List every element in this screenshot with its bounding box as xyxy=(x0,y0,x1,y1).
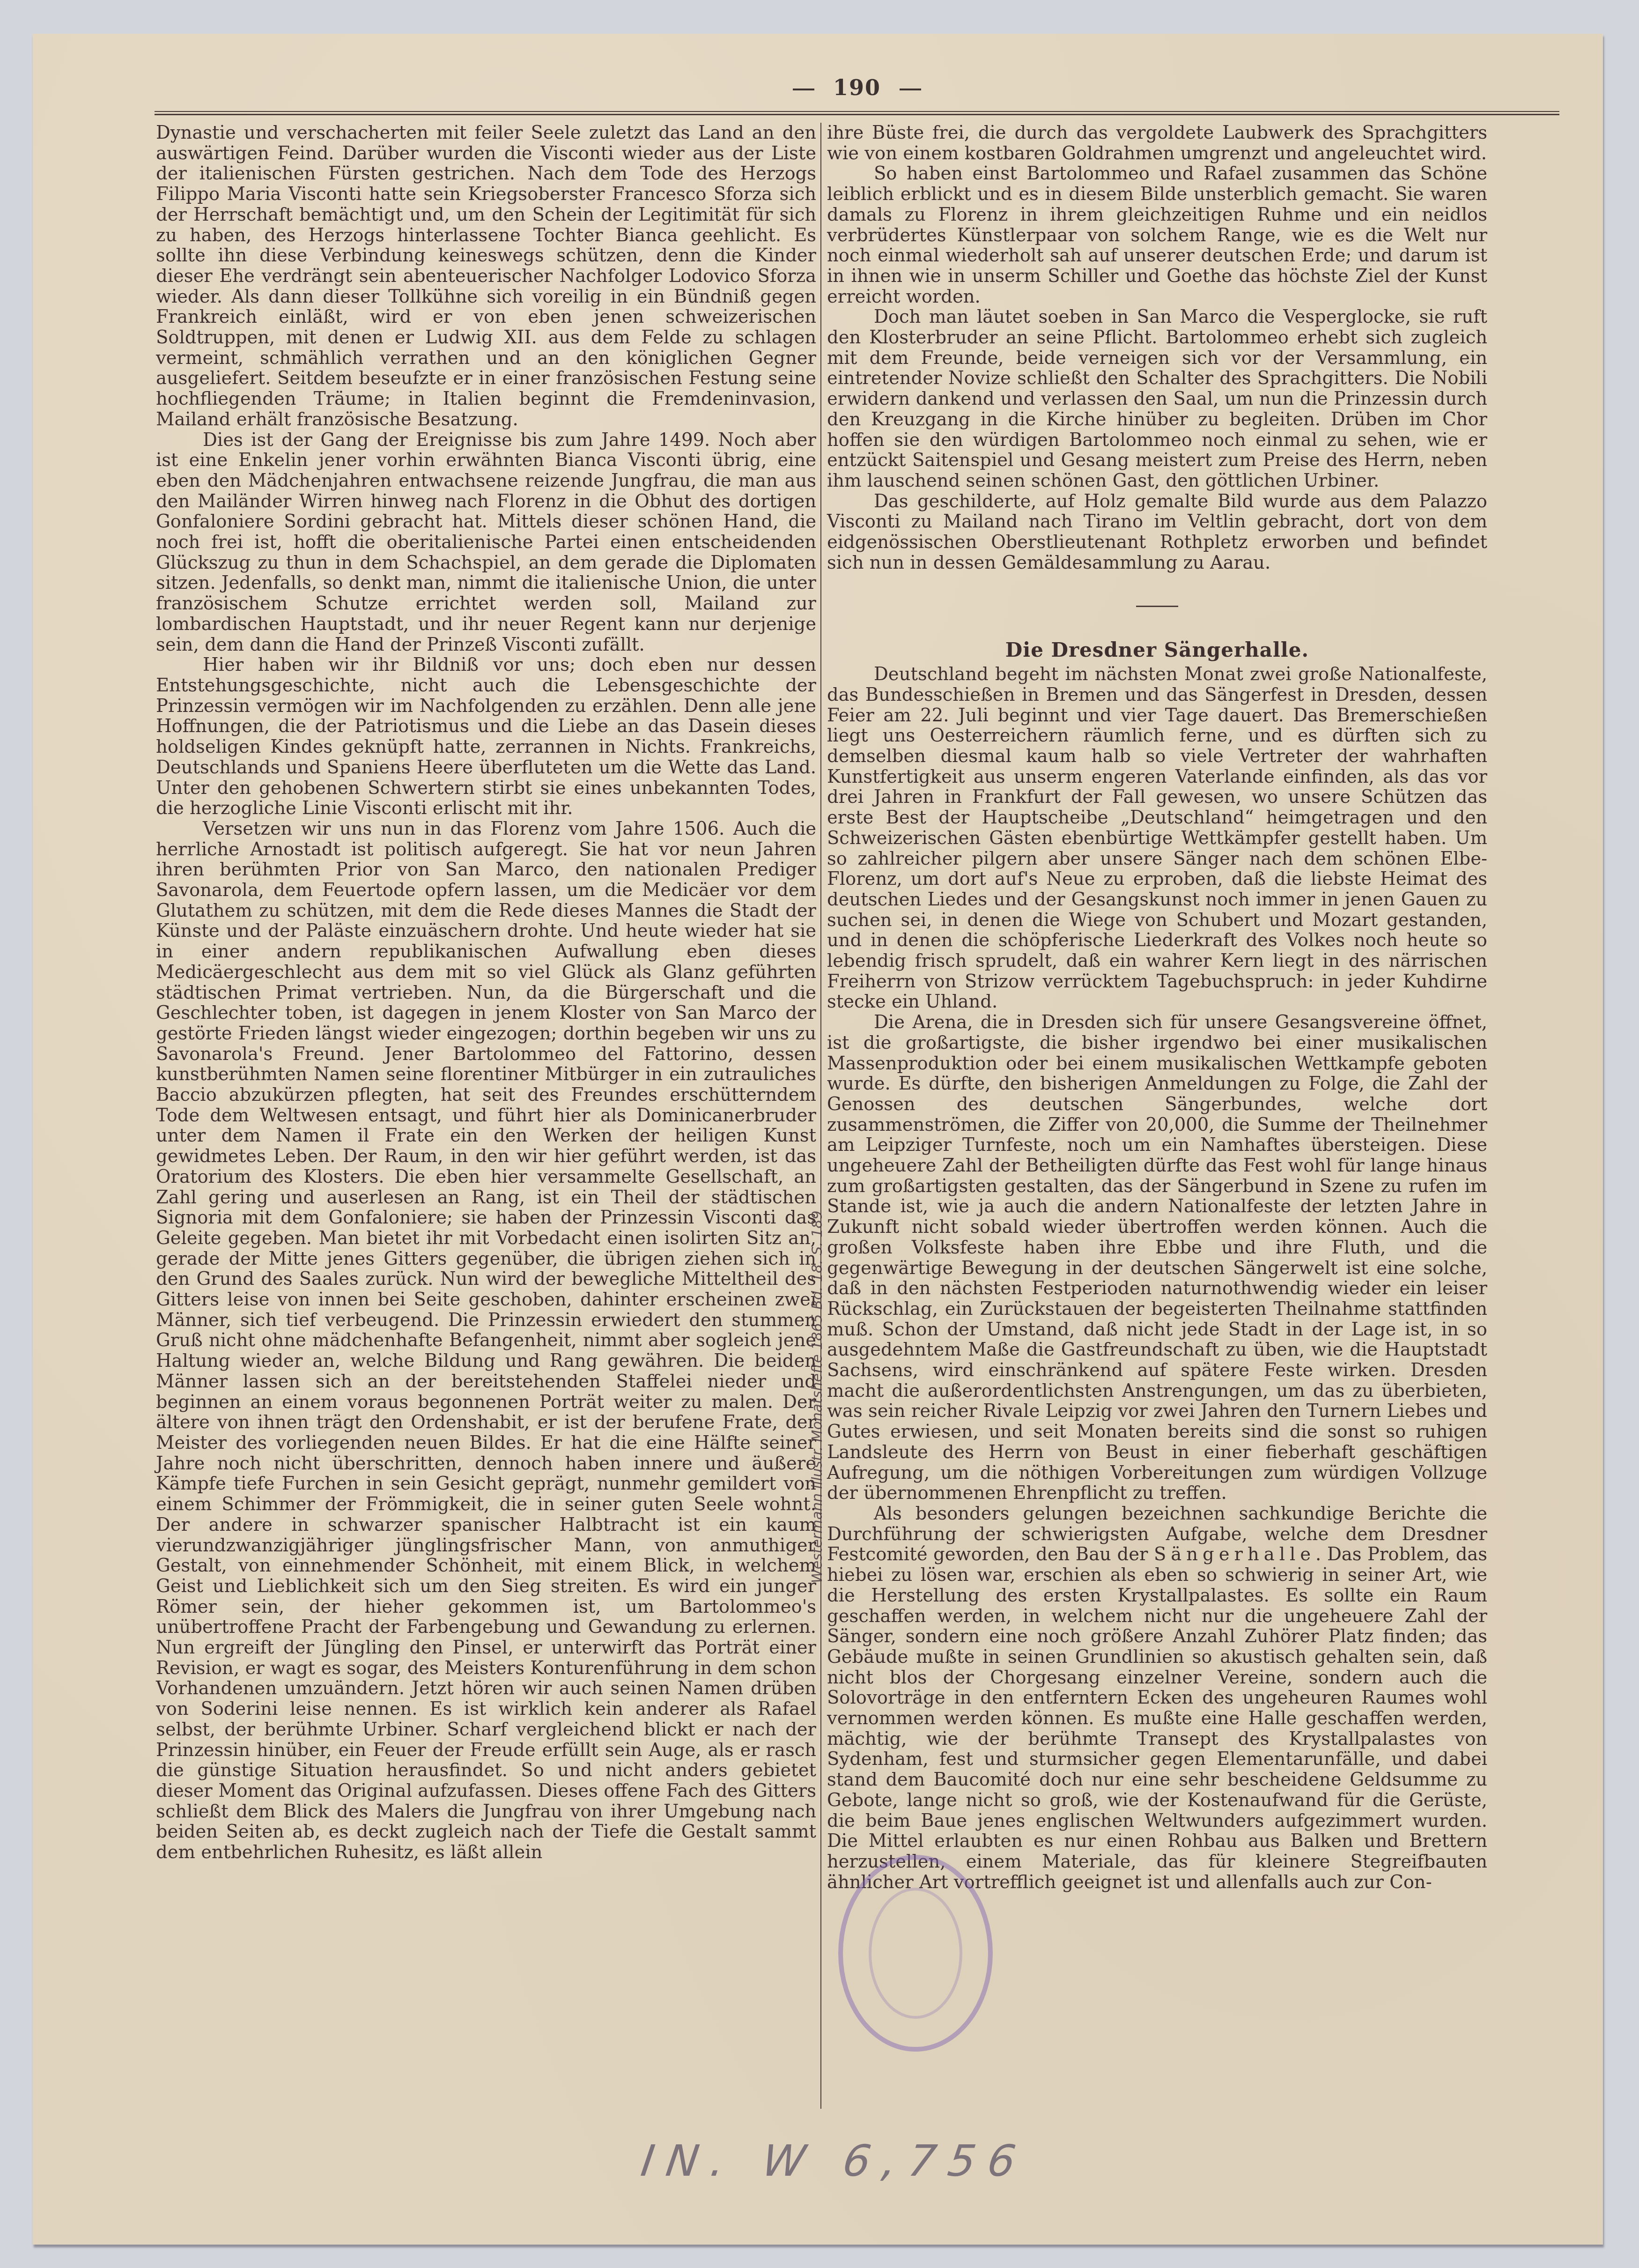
paragraph: Versetzen wir uns nun in das Florenz vom… xyxy=(156,819,816,1863)
paragraph-text: . Das Problem, das hiebei zu lösen war, … xyxy=(827,1544,1487,1892)
article-title: Die Dresdner Sängerhalle. xyxy=(827,640,1487,660)
emphasized-term: Sängerhalle xyxy=(1154,1544,1315,1565)
paragraph: Dies ist der Gang der Ereignisse bis zum… xyxy=(156,430,816,655)
right-column: ihre Büste frei, die durch das vergoldet… xyxy=(827,123,1487,1892)
paragraph: Deutschland begeht im nächsten Monat zwe… xyxy=(827,664,1487,1012)
paragraph: Als besonders gelungen bezeichnen sachku… xyxy=(827,1504,1487,1892)
article-continuation: ihre Büste frei, die durch das vergoldet… xyxy=(827,123,1487,573)
paragraph: ihre Büste frei, die durch das vergoldet… xyxy=(827,123,1487,163)
dash-left xyxy=(793,89,814,90)
page-number: 190 xyxy=(155,75,1559,100)
paragraph: Dynastie und verschacherten mit feiler S… xyxy=(156,123,816,430)
header-double-rule xyxy=(155,111,1559,115)
dash-right xyxy=(900,89,921,90)
margin-handwritten-note: Westermann illustr. Monatshefte 1865 Bd.… xyxy=(809,1210,826,1583)
column-divider xyxy=(820,123,821,2109)
paragraph: Das geschilderte, auf Holz gemalte Bild … xyxy=(827,491,1487,573)
library-stamp xyxy=(838,1855,993,2052)
paragraph: Die Arena, die in Dresden sich für unser… xyxy=(827,1012,1487,1504)
page-number-text: 190 xyxy=(833,75,881,100)
left-column: Dynastie und verschacherten mit feiler S… xyxy=(156,123,816,1863)
paragraph: So haben einst Bartolommeo und Rafael zu… xyxy=(827,163,1487,307)
paragraph: Doch man läutet soeben in San Marco die … xyxy=(827,307,1487,491)
shelfmark-handwritten: IN. W 6,756 xyxy=(638,2136,1031,2186)
section-separator-rule xyxy=(1136,606,1178,607)
article-body: Deutschland begeht im nächsten Monat zwe… xyxy=(827,664,1487,1892)
paragraph: Hier haben wir ihr Bildniß vor uns; doch… xyxy=(156,655,816,819)
